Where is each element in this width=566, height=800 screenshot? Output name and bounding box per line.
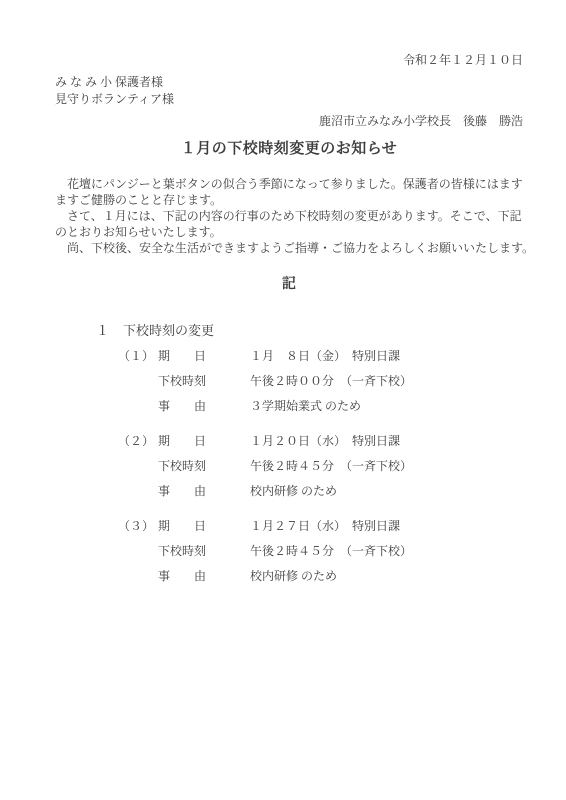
row-label: 期 日	[158, 433, 250, 449]
row-value: １月２７日（水） 特別日課	[250, 519, 400, 533]
schedule-list: （１）期 日１月 ８日（金） 特別日課 下校時刻午後２時００分 （一斉下校） 事…	[55, 348, 523, 593]
item-number: （１）	[118, 348, 158, 364]
document-page: 令和２年１２月１０日 み な み 小 保護者様 見守りボランティア様 鹿沼市立み…	[0, 0, 566, 800]
schedule-row: 事 由校内研修 のため	[55, 568, 523, 584]
body-line: 尚、下校後、安全な生活ができますようご指導・ご協力をよろしくお願いいたします。	[55, 240, 523, 256]
section-heading: １下校時刻の変更	[96, 322, 523, 340]
section-title: 下校時刻の変更	[123, 323, 214, 338]
row-value: １月 ８日（金） 特別日課	[250, 349, 400, 363]
addressee-block: み な み 小 保護者様 見守りボランティア様	[55, 74, 523, 108]
body-line: ますご健勝のことと存じます。	[55, 192, 523, 208]
row-label: 期 日	[158, 348, 250, 364]
row-value: ３学期始業式 のため	[250, 399, 361, 413]
sender-line: 鹿沼市立みなみ小学校長 後藤 勝浩	[55, 113, 523, 130]
schedule-row: 事 由３学期始業式 のため	[55, 398, 523, 414]
document-date: 令和２年１２月１０日	[55, 52, 523, 68]
body-line: 花壇にパンジーと葉ボタンの似合う季節になって参りました。保護者の皆様にはます	[55, 176, 523, 192]
row-value: 午後２時４５分 （一斉下校）	[250, 459, 412, 473]
schedule-row: 事 由校内研修 のため	[55, 483, 523, 499]
schedule-row: （１）期 日１月 ８日（金） 特別日課	[55, 348, 523, 364]
schedule-row: 下校時刻午後２時４５分 （一斉下校）	[55, 543, 523, 559]
row-value: 午後２時００分 （一斉下校）	[250, 374, 412, 388]
addressee-line-parents: み な み 小 保護者様	[55, 74, 523, 91]
schedule-item-3: （３）期 日１月２７日（水） 特別日課 下校時刻午後２時４５分 （一斉下校） 事…	[55, 518, 523, 593]
document-title: １月の下校時刻変更のお知らせ	[55, 138, 523, 160]
row-value: 校内研修 のため	[250, 569, 337, 583]
row-label: 事 由	[158, 568, 250, 584]
row-value: 午後２時４５分 （一斉下校）	[250, 544, 412, 558]
ki-marker: 記	[55, 276, 523, 294]
row-label: 事 由	[158, 398, 250, 414]
row-value: １月２０日（水） 特別日課	[250, 434, 400, 448]
row-label: 下校時刻	[158, 543, 250, 559]
row-label: 期 日	[158, 518, 250, 534]
row-value: 校内研修 のため	[250, 484, 337, 498]
row-label: 下校時刻	[158, 373, 250, 389]
schedule-item-2: （２）期 日１月２０日（水） 特別日課 下校時刻午後２時４５分 （一斉下校） 事…	[55, 433, 523, 508]
item-number: （３）	[118, 518, 158, 534]
schedule-row: （２）期 日１月２０日（水） 特別日課	[55, 433, 523, 449]
row-label: 下校時刻	[158, 458, 250, 474]
schedule-row: （３）期 日１月２７日（水） 特別日課	[55, 518, 523, 534]
body-line: さて、１月には、下記の内容の行事のため下校時刻の変更があります。そこで、下記	[55, 208, 523, 224]
section-number: １	[96, 322, 123, 340]
schedule-item-1: （１）期 日１月 ８日（金） 特別日課 下校時刻午後２時００分 （一斉下校） 事…	[55, 348, 523, 423]
schedule-row: 下校時刻午後２時００分 （一斉下校）	[55, 373, 523, 389]
item-number: （２）	[118, 433, 158, 449]
row-label: 事 由	[158, 483, 250, 499]
body-line: のとおりお知らせいたします。	[55, 224, 523, 240]
addressee-line-volunteers: 見守りボランティア様	[55, 91, 523, 108]
body-paragraph: 花壇にパンジーと葉ボタンの似合う季節になって参りました。保護者の皆様にはます ま…	[55, 176, 523, 256]
schedule-row: 下校時刻午後２時４５分 （一斉下校）	[55, 458, 523, 474]
